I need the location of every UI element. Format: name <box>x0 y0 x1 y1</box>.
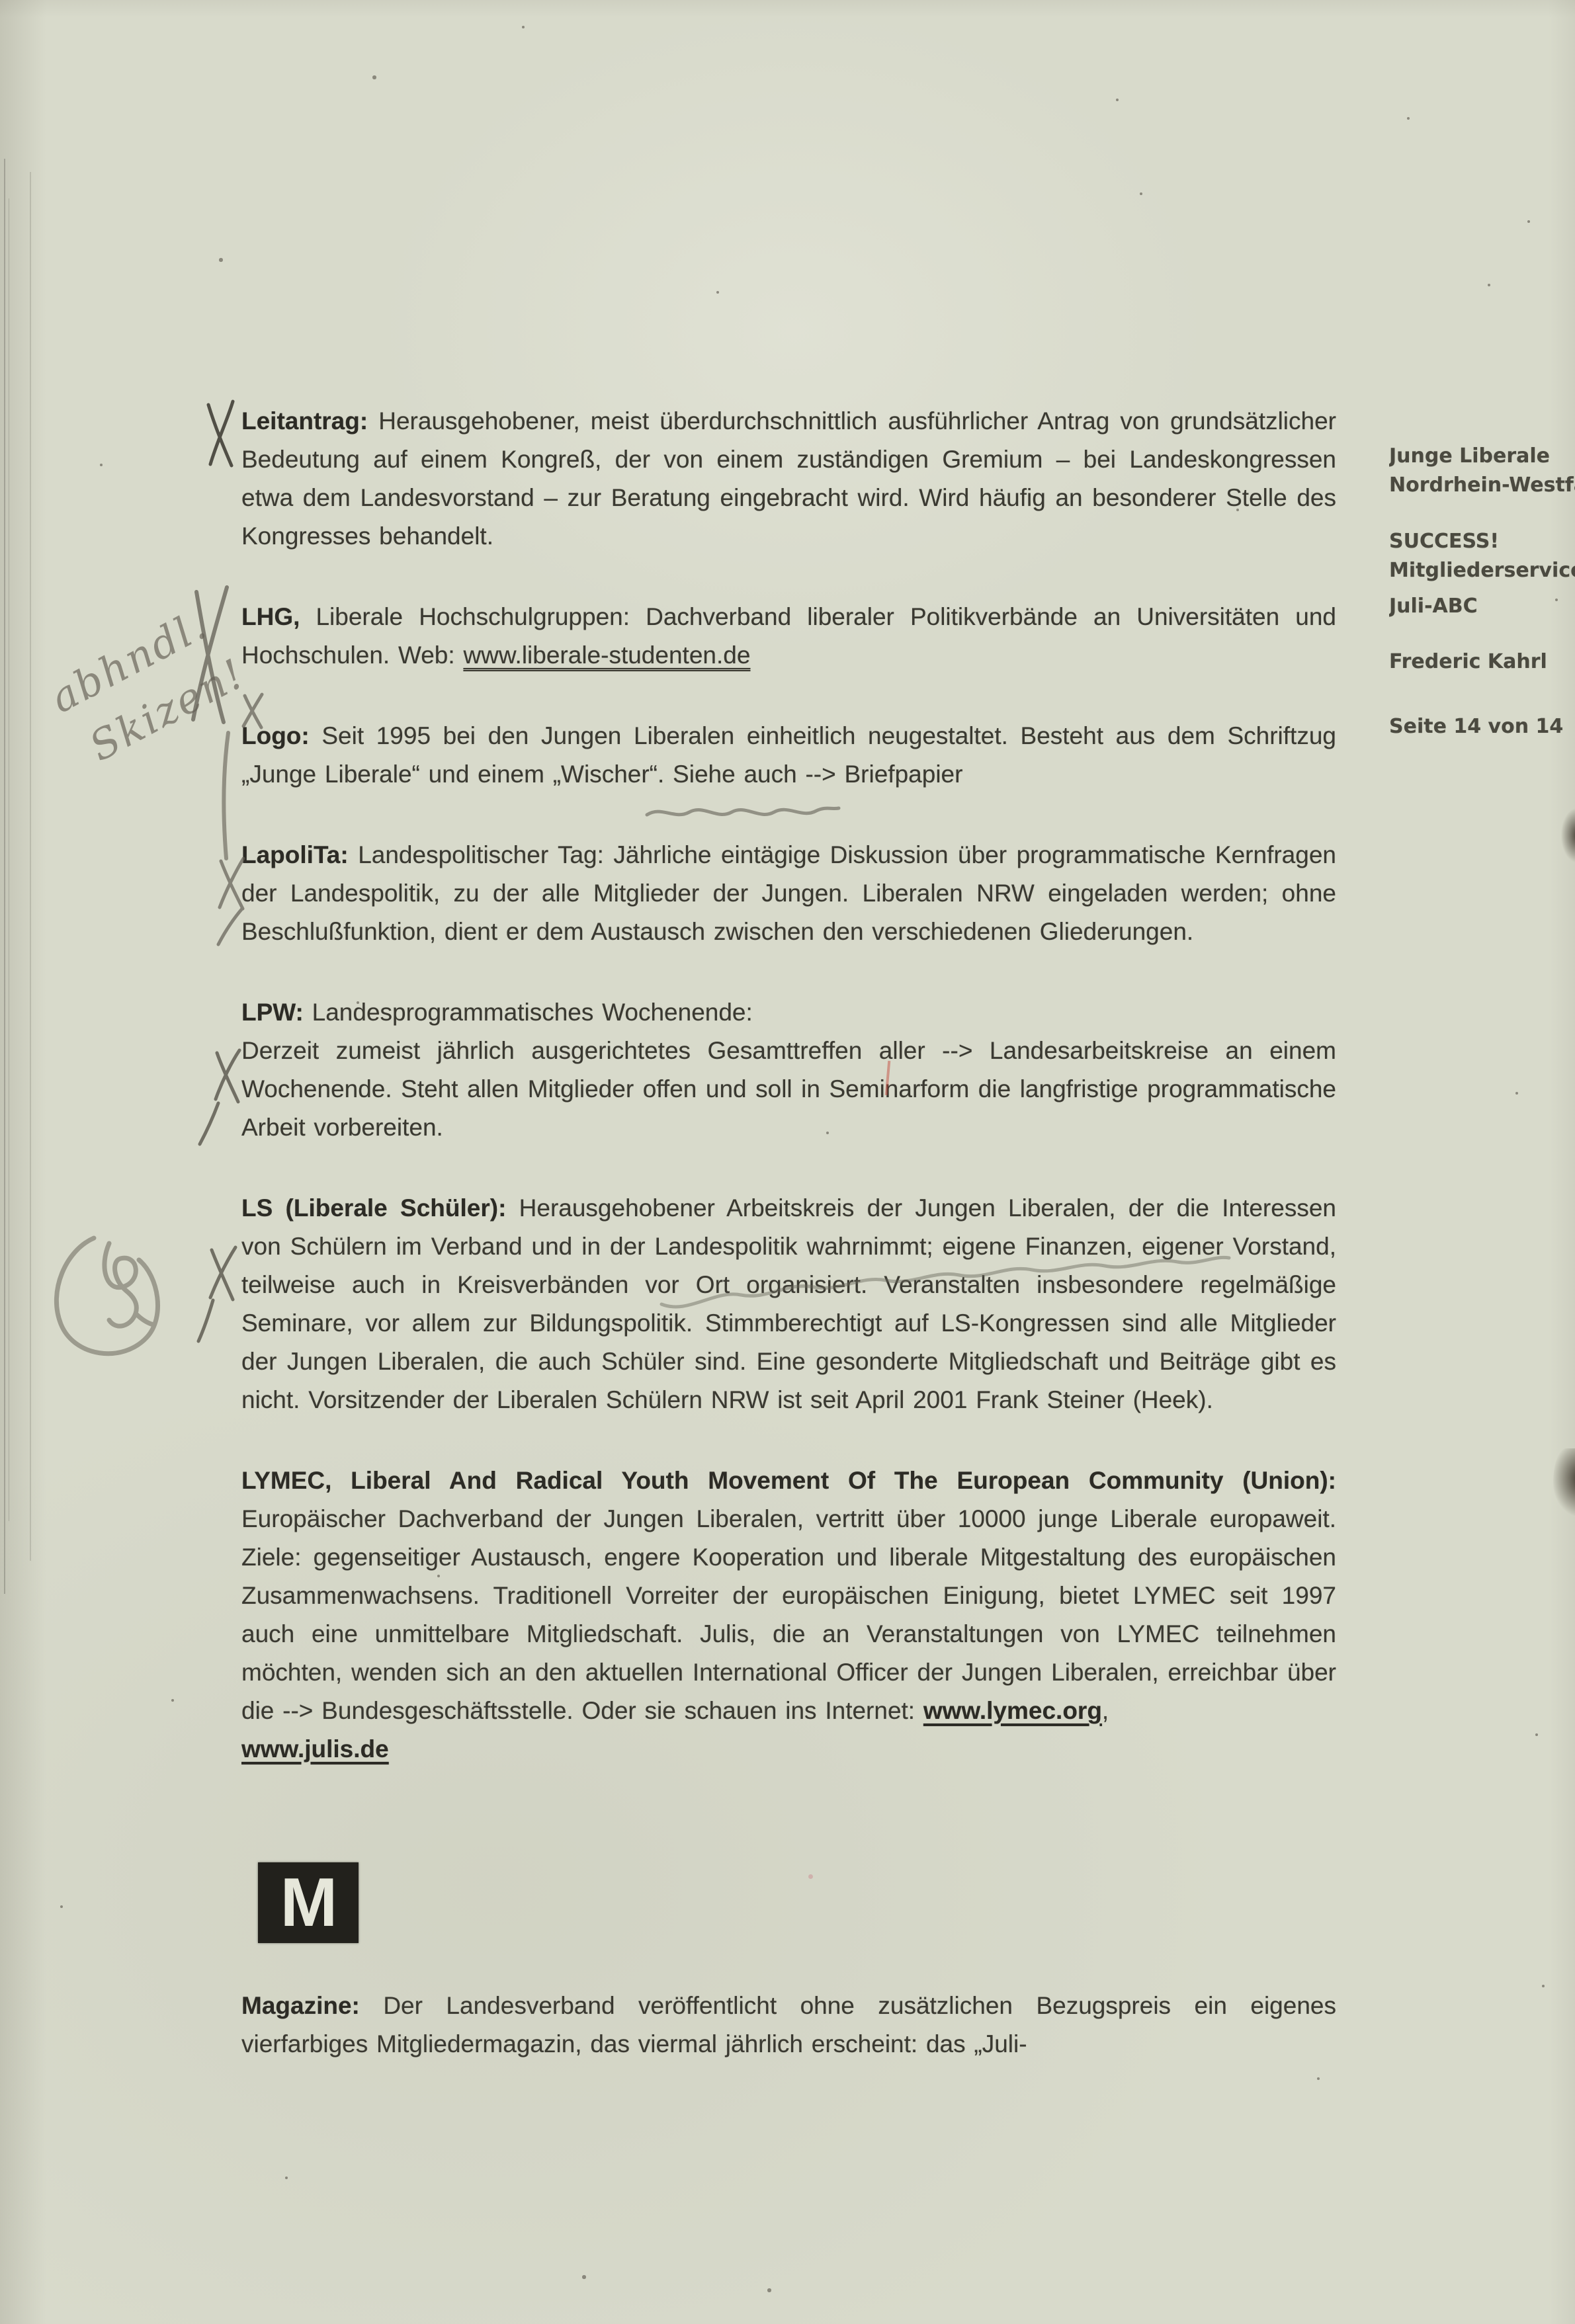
margin-note-line2: Skizen! <box>79 643 256 776</box>
entry-body: Herausgehobener, meist überdurchschnittl… <box>241 407 1336 550</box>
entry-leitantrag: Leitantrag: Herausgehobener, meist überd… <box>241 402 1336 556</box>
link-julis-de: www.julis.de <box>241 1735 389 1763</box>
entry-body: Derzeit zumeist jährlich ausgerichtetes … <box>241 1037 1336 1141</box>
sidebar-page-indicator: Seite 14 von 14 <box>1389 712 1563 741</box>
term-lhg: LHG, <box>241 603 300 630</box>
link-liberale-studenten: www.liberale-studenten.de <box>463 642 750 669</box>
term-ls: LS (Liberale Schüler): <box>241 1194 506 1222</box>
entry-ls: LS (Liberale Schüler): Herausgehobener A… <box>241 1189 1336 1419</box>
entry-magazine: Magazine: Der Landesverband veröffentlic… <box>241 1987 1336 2063</box>
entry-body: Der Landesverband veröffentlicht ohne zu… <box>241 1992 1336 2057</box>
link-lymec-org: www.lymec.org <box>923 1697 1102 1724</box>
entry-logo: Logo: Seit 1995 bei den Jungen Liberalen… <box>241 717 1336 794</box>
section-letter-m: M <box>258 1862 359 1943</box>
x-mark-ls <box>198 1247 235 1341</box>
x-mark-lpw <box>200 1050 239 1144</box>
circled-scribble <box>56 1238 157 1354</box>
page-edge-line <box>30 172 31 1561</box>
entry-body: Landespolitischer Tag: Jährliche eintägi… <box>241 841 1336 945</box>
section-letter: M <box>280 1864 337 1942</box>
x-mark-leitantrag <box>208 401 233 466</box>
page-edge-line <box>4 159 5 1594</box>
entry-body: Liberale Hochschulgruppen: Dachverband l… <box>241 603 1336 669</box>
paper-specks <box>0 0 1 1</box>
entry-separator: , <box>1102 1697 1109 1724</box>
sidebar-author: Frederic Kahrl <box>1389 647 1547 677</box>
sidebar-document-title: Juli-ABC <box>1389 592 1478 621</box>
page-edge-line <box>9 198 9 1521</box>
term-lymec: LYMEC, Liberal And Radical Youth Movemen… <box>241 1467 1336 1494</box>
margin-note-line1: abhndl. <box>40 590 228 728</box>
term-leitantrag: Leitantrag: <box>241 407 368 435</box>
entry-lpw: LPW: Landesprogrammatisches Wochenende:D… <box>241 993 1336 1147</box>
entry-body: Herausgehobener Arbeitskreis der Jungen … <box>241 1194 1336 1413</box>
entry-lapolita: LapoliTa: Landespolitischer Tag: Jährlic… <box>241 836 1336 951</box>
sidebar-program-name: SUCCESS! Mitgliederservice <box>1389 527 1575 585</box>
org-name-line2: Nordrhein-Westfalen <box>1389 471 1575 500</box>
term-lpw: LPW: <box>241 999 304 1026</box>
glossary-column: Leitantrag: Herausgehobener, meist überd… <box>241 402 1336 2320</box>
term-magazine: Magazine: <box>241 1992 360 2019</box>
sidebar: Junge Liberale Nordrhein-Westfalen SUCCE… <box>1389 0 1575 2324</box>
org-name-line1: Junge Liberale <box>1389 442 1575 471</box>
program-line2: Mitgliederservice <box>1389 556 1575 585</box>
x-mark-lhg <box>193 587 227 722</box>
entry-body: Europäischer Dachverband der Jungen Libe… <box>241 1505 1336 1724</box>
pencil-stroke-logo <box>224 733 228 858</box>
x-mark-lapolita <box>218 858 243 944</box>
term-lapolita: LapoliTa: <box>241 841 349 868</box>
entry-body: Seit 1995 bei den Jungen Liberalen einhe… <box>241 722 1336 788</box>
program-line1: SUCCESS! <box>1389 527 1575 556</box>
sidebar-org-name: Junge Liberale Nordrhein-Westfalen <box>1389 442 1575 500</box>
entry-lymec: LYMEC, Liberal And Radical Youth Movemen… <box>241 1462 1336 1768</box>
entry-lhg: LHG, Liberale Hochschulgruppen: Dachverb… <box>241 598 1336 675</box>
scanned-document-page: Leitantrag: Herausgehobener, meist überd… <box>0 0 1575 2324</box>
term-logo: Logo: <box>241 722 310 749</box>
handwritten-margin-note: abhndl. Skizen! <box>40 590 256 782</box>
entry-subtitle: Landesprogrammatisches Wochenende: <box>304 999 753 1026</box>
